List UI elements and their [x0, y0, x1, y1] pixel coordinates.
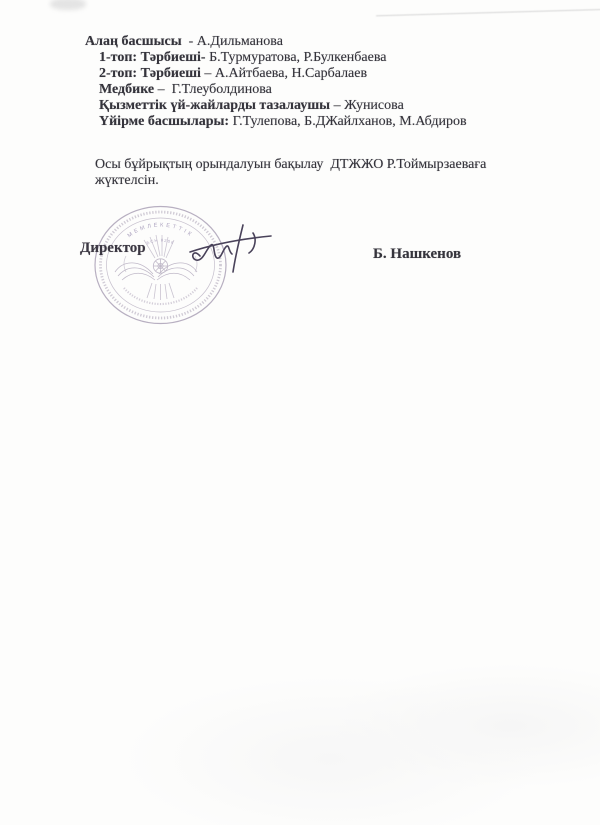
staff-line: Медбике – Г.Тлеуболдинова	[85, 82, 467, 98]
staff-line-names: Б.Турмуратова, Р.Булкенбаева	[206, 50, 387, 65]
staff-line-names: – Жунисова	[330, 98, 404, 113]
control-paragraph: Осы бұйрықтың орындалуын бақылау ДТЖЖО Р…	[95, 157, 545, 189]
staff-line: Қызметтік үй-жайларды тазалаушы – Жунисо…	[85, 98, 467, 114]
staff-line-names: - А.Дильманова	[182, 34, 283, 49]
stamp-bin-text: БСН 0206	[146, 238, 176, 246]
staff-line-role: Қызметтік үй-жайларды тазалаушы	[99, 98, 330, 113]
staff-line: Алаң басшысы - А.Дильманова	[85, 34, 467, 50]
staff-line-role: 1-топ: Тәрбиеші-	[99, 50, 206, 65]
staff-line-role: Үйірме басшылары:	[99, 114, 229, 129]
signer-name: Б. Нашкенов	[373, 246, 461, 263]
staff-line-names: – Г.Тлеуболдинова	[154, 82, 272, 97]
director-signature	[186, 221, 274, 275]
staff-line: Үйірме басшылары: Г.Тулепова, Б.ДЖайлхан…	[85, 114, 467, 130]
staff-line-role: Алаң басшысы	[85, 34, 182, 49]
staff-line: 2-топ: Тәрбиеші – А.Айтбаева, Н.Сарбалае…	[85, 66, 467, 82]
staff-line-names: – А.Айтбаева, Н.Сарбалаев	[201, 66, 367, 81]
staff-line-role: Медбике	[99, 82, 154, 97]
staff-assignment-list: Алаң басшысы - А.Дильманова 1-топ: Тәрби…	[85, 34, 467, 129]
signature-strokes	[190, 225, 271, 272]
scanned-document-page: Алаң басшысы - А.Дильманова 1-топ: Тәрби…	[0, 0, 600, 825]
stamp-title-arc-text: МЕМЛЕКЕТТІК	[127, 222, 195, 239]
staff-line: 1-топ: Тәрбиеші- Б.Турмуратова, Р.Булкен…	[85, 50, 467, 66]
scan-artifact-smudge	[50, 0, 86, 10]
staff-line-role: 2-топ: Тәрбиеші	[99, 66, 201, 81]
staff-line-names: Г.Тулепова, Б.ДЖайлханов, М.Абдиров	[229, 114, 467, 129]
director-label: Директор	[80, 240, 146, 257]
scan-artifact-line	[376, 9, 600, 16]
